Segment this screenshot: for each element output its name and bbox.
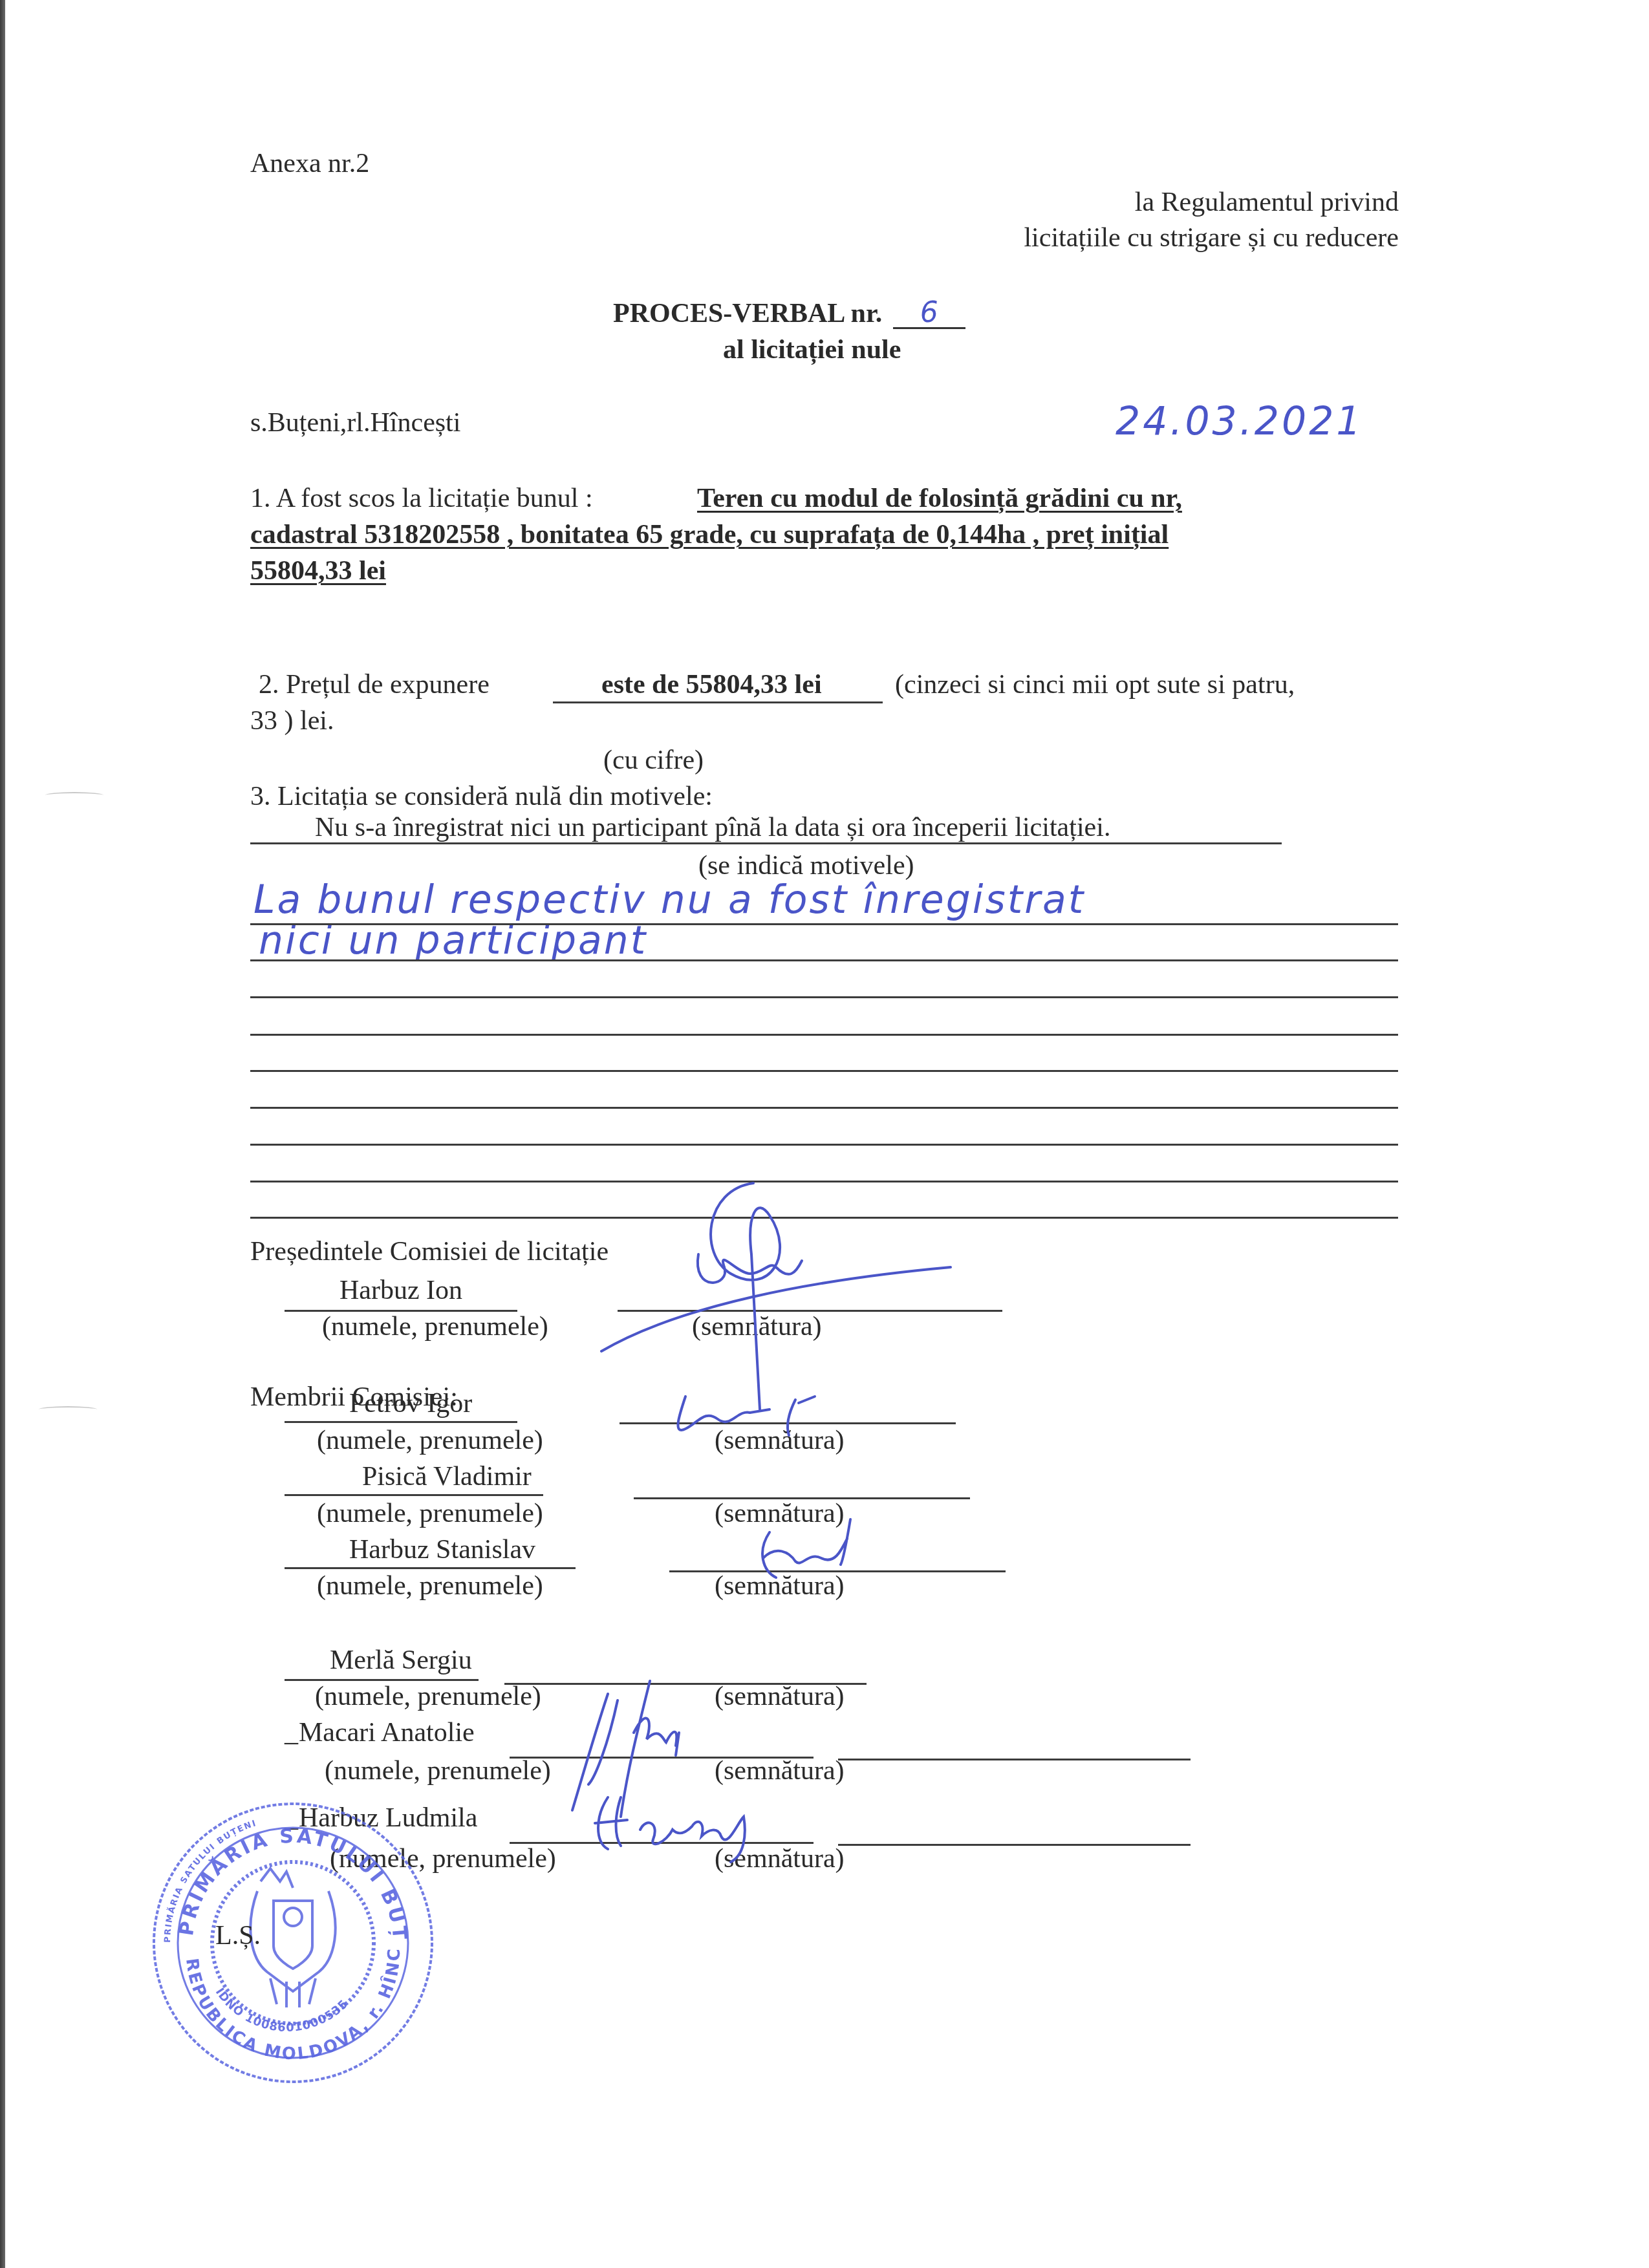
margin-punch-mark: [39, 1406, 97, 1413]
price-underline: [553, 701, 883, 703]
protocol-number-field: 6: [893, 299, 965, 329]
regulation-line-1: la Regulamentul privind: [1135, 189, 1399, 216]
ruled-line: [250, 1034, 1398, 1036]
protocol-number: 6: [920, 296, 938, 329]
typed-reason: Nu s-a înregistrat nici un participant p…: [315, 814, 1110, 841]
section-1-label: 1. A fost scos la licitație bunul :: [250, 485, 593, 512]
ruled-line: [250, 959, 1398, 961]
member-name: Petrov Igor: [349, 1390, 472, 1417]
member-name: Merlă Sergiu: [330, 1647, 472, 1674]
coat-of-arms-icon: [250, 1868, 335, 2007]
member-signature-line: [838, 1844, 1191, 1846]
member-signature-line: [838, 1759, 1191, 1760]
ruled-line: [250, 923, 1398, 925]
member-signature: [582, 1791, 789, 1862]
member-name-hint: (numele, prenumele): [317, 1500, 543, 1527]
margin-punch-mark: [45, 792, 103, 798]
member-name: Macari Anatolie: [299, 1719, 475, 1746]
ruled-line: [250, 1107, 1398, 1109]
member-signature-hint: (semnătura): [715, 1757, 845, 1784]
stamp-ls: L.Ș.: [215, 1920, 261, 1951]
official-stamp: PRIMĂRIA SATULUI BUȚENI PRIMĂRIA SATULUI…: [147, 1797, 438, 2088]
member-signature: [666, 1390, 834, 1442]
member-signature: [737, 1513, 867, 1584]
member-signature-hint: (semnătura): [715, 1683, 845, 1710]
president-signature: [601, 1177, 964, 1409]
section-2-label: 2. Prețul de expunere: [259, 671, 490, 698]
president-heading: Președintele Comisiei de licitație: [250, 1238, 609, 1265]
president-name-hint: (numele, prenumele): [322, 1313, 548, 1340]
exposure-price: este de 55804,33 lei: [601, 671, 822, 698]
reason-underline: [250, 842, 1282, 844]
annex-label: Anexa nr.2: [250, 150, 369, 177]
member-name: Pisică Vladimir: [362, 1463, 532, 1490]
member-name: Harbuz Stanislav: [349, 1536, 535, 1563]
price-words-line-2: 33 ) lei.: [250, 707, 334, 734]
title-text: PROCES-VERBAL nr.: [613, 299, 882, 328]
reason-hint: (se indică motivele): [698, 852, 914, 879]
member-name-line: [285, 1494, 543, 1496]
member-name-hint: (numele, prenumele): [315, 1683, 541, 1710]
regulation-line-2: licitațiile cu strigare și cu reducere: [1024, 224, 1399, 251]
president-name: Harbuz Ion: [294, 1277, 508, 1304]
ruled-line: [250, 996, 1398, 998]
page-subtitle: al licitației nule: [723, 336, 901, 363]
section-3-label: 3. Licitația se consideră nulă din motiv…: [250, 783, 713, 810]
ruled-line: [250, 1070, 1398, 1072]
section-1-value-line-3: 55804,33 lei: [250, 557, 386, 584]
scan-edge: [0, 0, 5, 2268]
member-name-line: [285, 1421, 517, 1423]
member-name-hint: (numele, prenumele): [317, 1427, 543, 1454]
handwritten-reason-line-1: La bunul respectiv nu a fost înregistrat: [253, 877, 1085, 923]
member-name-hint: (numele, prenumele): [317, 1572, 543, 1599]
handwritten-date: 24.03.2021: [1115, 399, 1364, 444]
section-1-value-line-1: Teren cu modul de folosință grădini cu n…: [697, 485, 1182, 512]
section-1-value-line-2: cadastral 5318202558 , bonitatea 65 grad…: [250, 521, 1169, 548]
place: s.Buțeni,rl.Hîncești: [250, 409, 460, 436]
member-name-line: [285, 1679, 479, 1681]
price-words-line-1: (cinzeci si cinci mii opt sute si patru,: [895, 671, 1295, 698]
member-name-hint: (numele, prenumele): [325, 1757, 551, 1784]
member-name-prefix: _: [285, 1719, 298, 1746]
page-title: PROCES-VERBAL nr. 6: [613, 299, 965, 329]
price-hint: (cu cifre): [603, 747, 704, 774]
member-name-line: [285, 1567, 576, 1569]
ruled-line: [250, 1144, 1398, 1146]
